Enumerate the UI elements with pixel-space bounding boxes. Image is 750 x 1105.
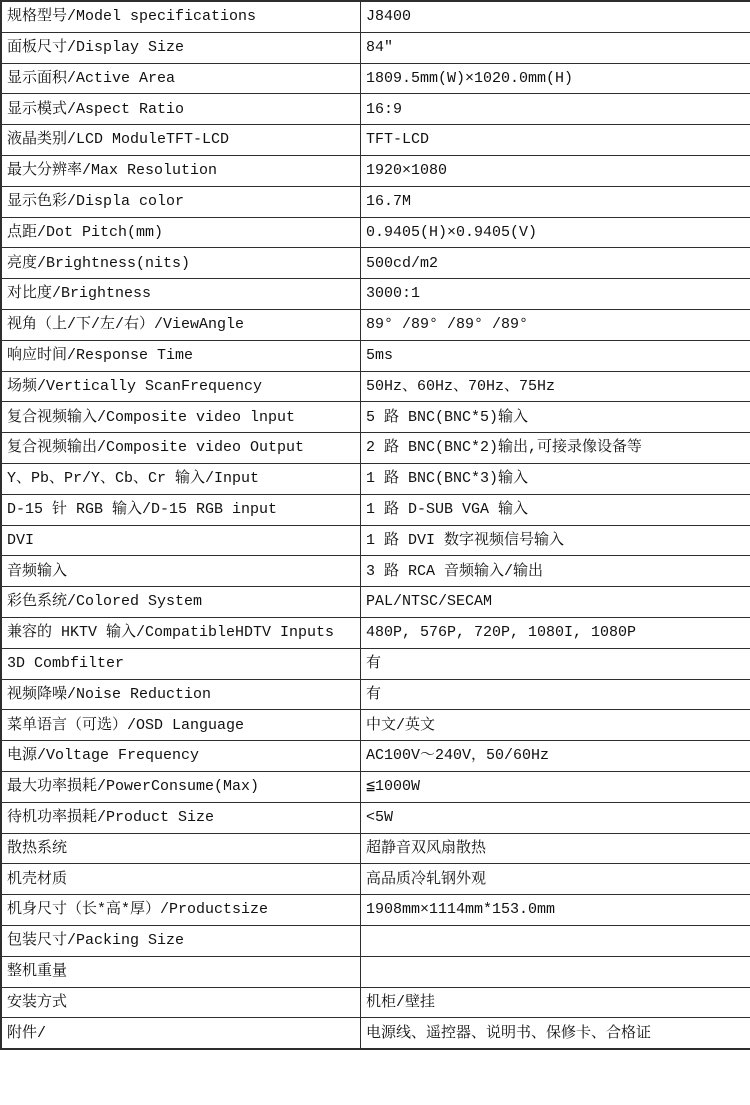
spec-value: AC100V～240V，50/60Hz xyxy=(361,741,750,772)
spec-value: 5ms xyxy=(361,340,750,371)
spec-label: 机身尺寸（长*高*厚）/Productsize xyxy=(1,895,361,926)
spec-value: TFT-LCD xyxy=(361,125,750,156)
spec-row: 显示色彩/Displa color16.7M xyxy=(1,186,750,217)
spec-row: 视频降噪/Noise Reduction有 xyxy=(1,679,750,710)
spec-value: 机柜/壁挂 xyxy=(361,987,750,1018)
spec-row: 音频输入3 路 RCA 音频输入/输出 xyxy=(1,556,750,587)
spec-label: 场频/Vertically ScanFrequency xyxy=(1,371,361,402)
spec-label: 彩色系统/Colored System xyxy=(1,587,361,618)
spec-row: 视角（上/下/左/右）/ViewAngle89° /89° /89° /89° xyxy=(1,309,750,340)
spec-label: 电源/Voltage Frequency xyxy=(1,741,361,772)
spec-label: 点距/Dot Pitch(mm) xyxy=(1,217,361,248)
spec-row: D-15 针 RGB 输入/D-15 RGB input1 路 D-SUB VG… xyxy=(1,494,750,525)
spec-row: 面板尺寸/Display Size84″ xyxy=(1,32,750,63)
spec-label: DVI xyxy=(1,525,361,556)
spec-label: 附件/ xyxy=(1,1018,361,1049)
spec-label: 复合视频输出/Composite video Output xyxy=(1,433,361,464)
spec-row: 安装方式机柜/壁挂 xyxy=(1,987,750,1018)
spec-label: 亮度/Brightness(nits) xyxy=(1,248,361,279)
spec-value: 高品质冷轧钢外观 xyxy=(361,864,750,895)
spec-row: 响应时间/Response Time5ms xyxy=(1,340,750,371)
spec-row: 最大分辨率/Max Resolution1920×1080 xyxy=(1,155,750,186)
spec-value: 1 路 DVI 数字视频信号输入 xyxy=(361,525,750,556)
spec-label: 散热系统 xyxy=(1,833,361,864)
spec-value: 1920×1080 xyxy=(361,155,750,186)
spec-value: 84″ xyxy=(361,32,750,63)
spec-label: D-15 针 RGB 输入/D-15 RGB input xyxy=(1,494,361,525)
spec-value: 1 路 D-SUB VGA 输入 xyxy=(361,494,750,525)
spec-label: 面板尺寸/Display Size xyxy=(1,32,361,63)
spec-label: 复合视频输入/Composite video lnput xyxy=(1,402,361,433)
spec-row: 散热系统超静音双风扇散热 xyxy=(1,833,750,864)
spec-value xyxy=(361,925,750,956)
spec-label: 显示面积/Active Area xyxy=(1,63,361,94)
spec-row: 场频/Vertically ScanFrequency50Hz、60Hz、70H… xyxy=(1,371,750,402)
spec-row: 规格型号/Model specificationsJ8400 xyxy=(1,1,750,32)
spec-label: 音频输入 xyxy=(1,556,361,587)
spec-value: 16.7M xyxy=(361,186,750,217)
spec-row: DVI1 路 DVI 数字视频信号输入 xyxy=(1,525,750,556)
spec-value: 3 路 RCA 音频输入/输出 xyxy=(361,556,750,587)
spec-row: Y、Pb、Pr/Y、Cb、Cr 输入/Input1 路 BNC(BNC*3)输入 xyxy=(1,463,750,494)
spec-row: 整机重量 xyxy=(1,956,750,987)
spec-label: 响应时间/Response Time xyxy=(1,340,361,371)
spec-label: 包装尺寸/Packing Size xyxy=(1,925,361,956)
spec-value: 超静音双风扇散热 xyxy=(361,833,750,864)
spec-table-body: 规格型号/Model specificationsJ8400面板尺寸/Displ… xyxy=(1,1,750,1049)
spec-value: 89° /89° /89° /89° xyxy=(361,309,750,340)
spec-sheet-page: 规格型号/Model specificationsJ8400面板尺寸/Displ… xyxy=(0,0,750,1105)
spec-row: 彩色系统/Colored SystemPAL/NTSC/SECAM xyxy=(1,587,750,618)
product-spec-table: 规格型号/Model specificationsJ8400面板尺寸/Displ… xyxy=(0,0,750,1050)
spec-value: 1 路 BNC(BNC*3)输入 xyxy=(361,463,750,494)
spec-value: <5W xyxy=(361,802,750,833)
spec-label: 规格型号/Model specifications xyxy=(1,1,361,32)
spec-row: 包装尺寸/Packing Size xyxy=(1,925,750,956)
spec-row: 最大功率损耗/PowerConsume(Max)≦1000W xyxy=(1,771,750,802)
spec-value: 电源线、遥控器、说明书、保修卡、合格证 xyxy=(361,1018,750,1049)
spec-label: 对比度/Brightness xyxy=(1,279,361,310)
spec-label: Y、Pb、Pr/Y、Cb、Cr 输入/Input xyxy=(1,463,361,494)
spec-row: 亮度/Brightness(nits)500cd/m2 xyxy=(1,248,750,279)
spec-value: 有 xyxy=(361,679,750,710)
spec-row: 机身尺寸（长*高*厚）/Productsize1908mm×1114mm*153… xyxy=(1,895,750,926)
spec-row: 兼容的 HKTV 输入/CompatibleHDTV Inputs480P, 5… xyxy=(1,617,750,648)
spec-row: 复合视频输入/Composite video lnput5 路 BNC(BNC*… xyxy=(1,402,750,433)
spec-value: 50Hz、60Hz、70Hz、75Hz xyxy=(361,371,750,402)
spec-label: 兼容的 HKTV 输入/CompatibleHDTV Inputs xyxy=(1,617,361,648)
spec-label: 3D Combfilter xyxy=(1,648,361,679)
spec-row: 附件/电源线、遥控器、说明书、保修卡、合格证 xyxy=(1,1018,750,1049)
spec-label: 视频降噪/Noise Reduction xyxy=(1,679,361,710)
spec-label: 菜单语言（可选）/OSD Language xyxy=(1,710,361,741)
spec-row: 点距/Dot Pitch(mm)0.9405(H)×0.9405(V) xyxy=(1,217,750,248)
spec-row: 对比度/Brightness3000:1 xyxy=(1,279,750,310)
spec-row: 复合视频输出/Composite video Output2 路 BNC(BNC… xyxy=(1,433,750,464)
spec-row: 机壳材质高品质冷轧钢外观 xyxy=(1,864,750,895)
spec-label: 液晶类别/LCD ModuleTFT-LCD xyxy=(1,125,361,156)
spec-value: PAL/NTSC/SECAM xyxy=(361,587,750,618)
spec-row: 菜单语言（可选）/OSD Language中文/英文 xyxy=(1,710,750,741)
spec-label: 最大分辨率/Max Resolution xyxy=(1,155,361,186)
spec-label: 待机功率损耗/Product Size xyxy=(1,802,361,833)
spec-label: 视角（上/下/左/右）/ViewAngle xyxy=(1,309,361,340)
spec-value: 480P, 576P, 720P, 1080I, 1080P xyxy=(361,617,750,648)
spec-value: 有 xyxy=(361,648,750,679)
spec-value: 2 路 BNC(BNC*2)输出,可接录像设备等 xyxy=(361,433,750,464)
spec-value xyxy=(361,956,750,987)
spec-value: J8400 xyxy=(361,1,750,32)
spec-row: 显示面积/Active Area1809.5mm(W)×1020.0mm(H) xyxy=(1,63,750,94)
spec-value: ≦1000W xyxy=(361,771,750,802)
spec-value: 中文/英文 xyxy=(361,710,750,741)
spec-value: 5 路 BNC(BNC*5)输入 xyxy=(361,402,750,433)
spec-row: 液晶类别/LCD ModuleTFT-LCDTFT-LCD xyxy=(1,125,750,156)
spec-label: 显示色彩/Displa color xyxy=(1,186,361,217)
spec-value: 1908mm×1114mm*153.0mm xyxy=(361,895,750,926)
spec-label: 显示模式/Aspect Ratio xyxy=(1,94,361,125)
spec-value: 500cd/m2 xyxy=(361,248,750,279)
spec-row: 显示模式/Aspect Ratio16:9 xyxy=(1,94,750,125)
spec-row: 电源/Voltage FrequencyAC100V～240V，50/60Hz xyxy=(1,741,750,772)
spec-value: 0.9405(H)×0.9405(V) xyxy=(361,217,750,248)
spec-label: 最大功率损耗/PowerConsume(Max) xyxy=(1,771,361,802)
spec-label: 安装方式 xyxy=(1,987,361,1018)
spec-row: 待机功率损耗/Product Size<5W xyxy=(1,802,750,833)
spec-label: 机壳材质 xyxy=(1,864,361,895)
spec-label: 整机重量 xyxy=(1,956,361,987)
spec-value: 1809.5mm(W)×1020.0mm(H) xyxy=(361,63,750,94)
spec-value: 3000:1 xyxy=(361,279,750,310)
spec-value: 16:9 xyxy=(361,94,750,125)
spec-row: 3D Combfilter有 xyxy=(1,648,750,679)
